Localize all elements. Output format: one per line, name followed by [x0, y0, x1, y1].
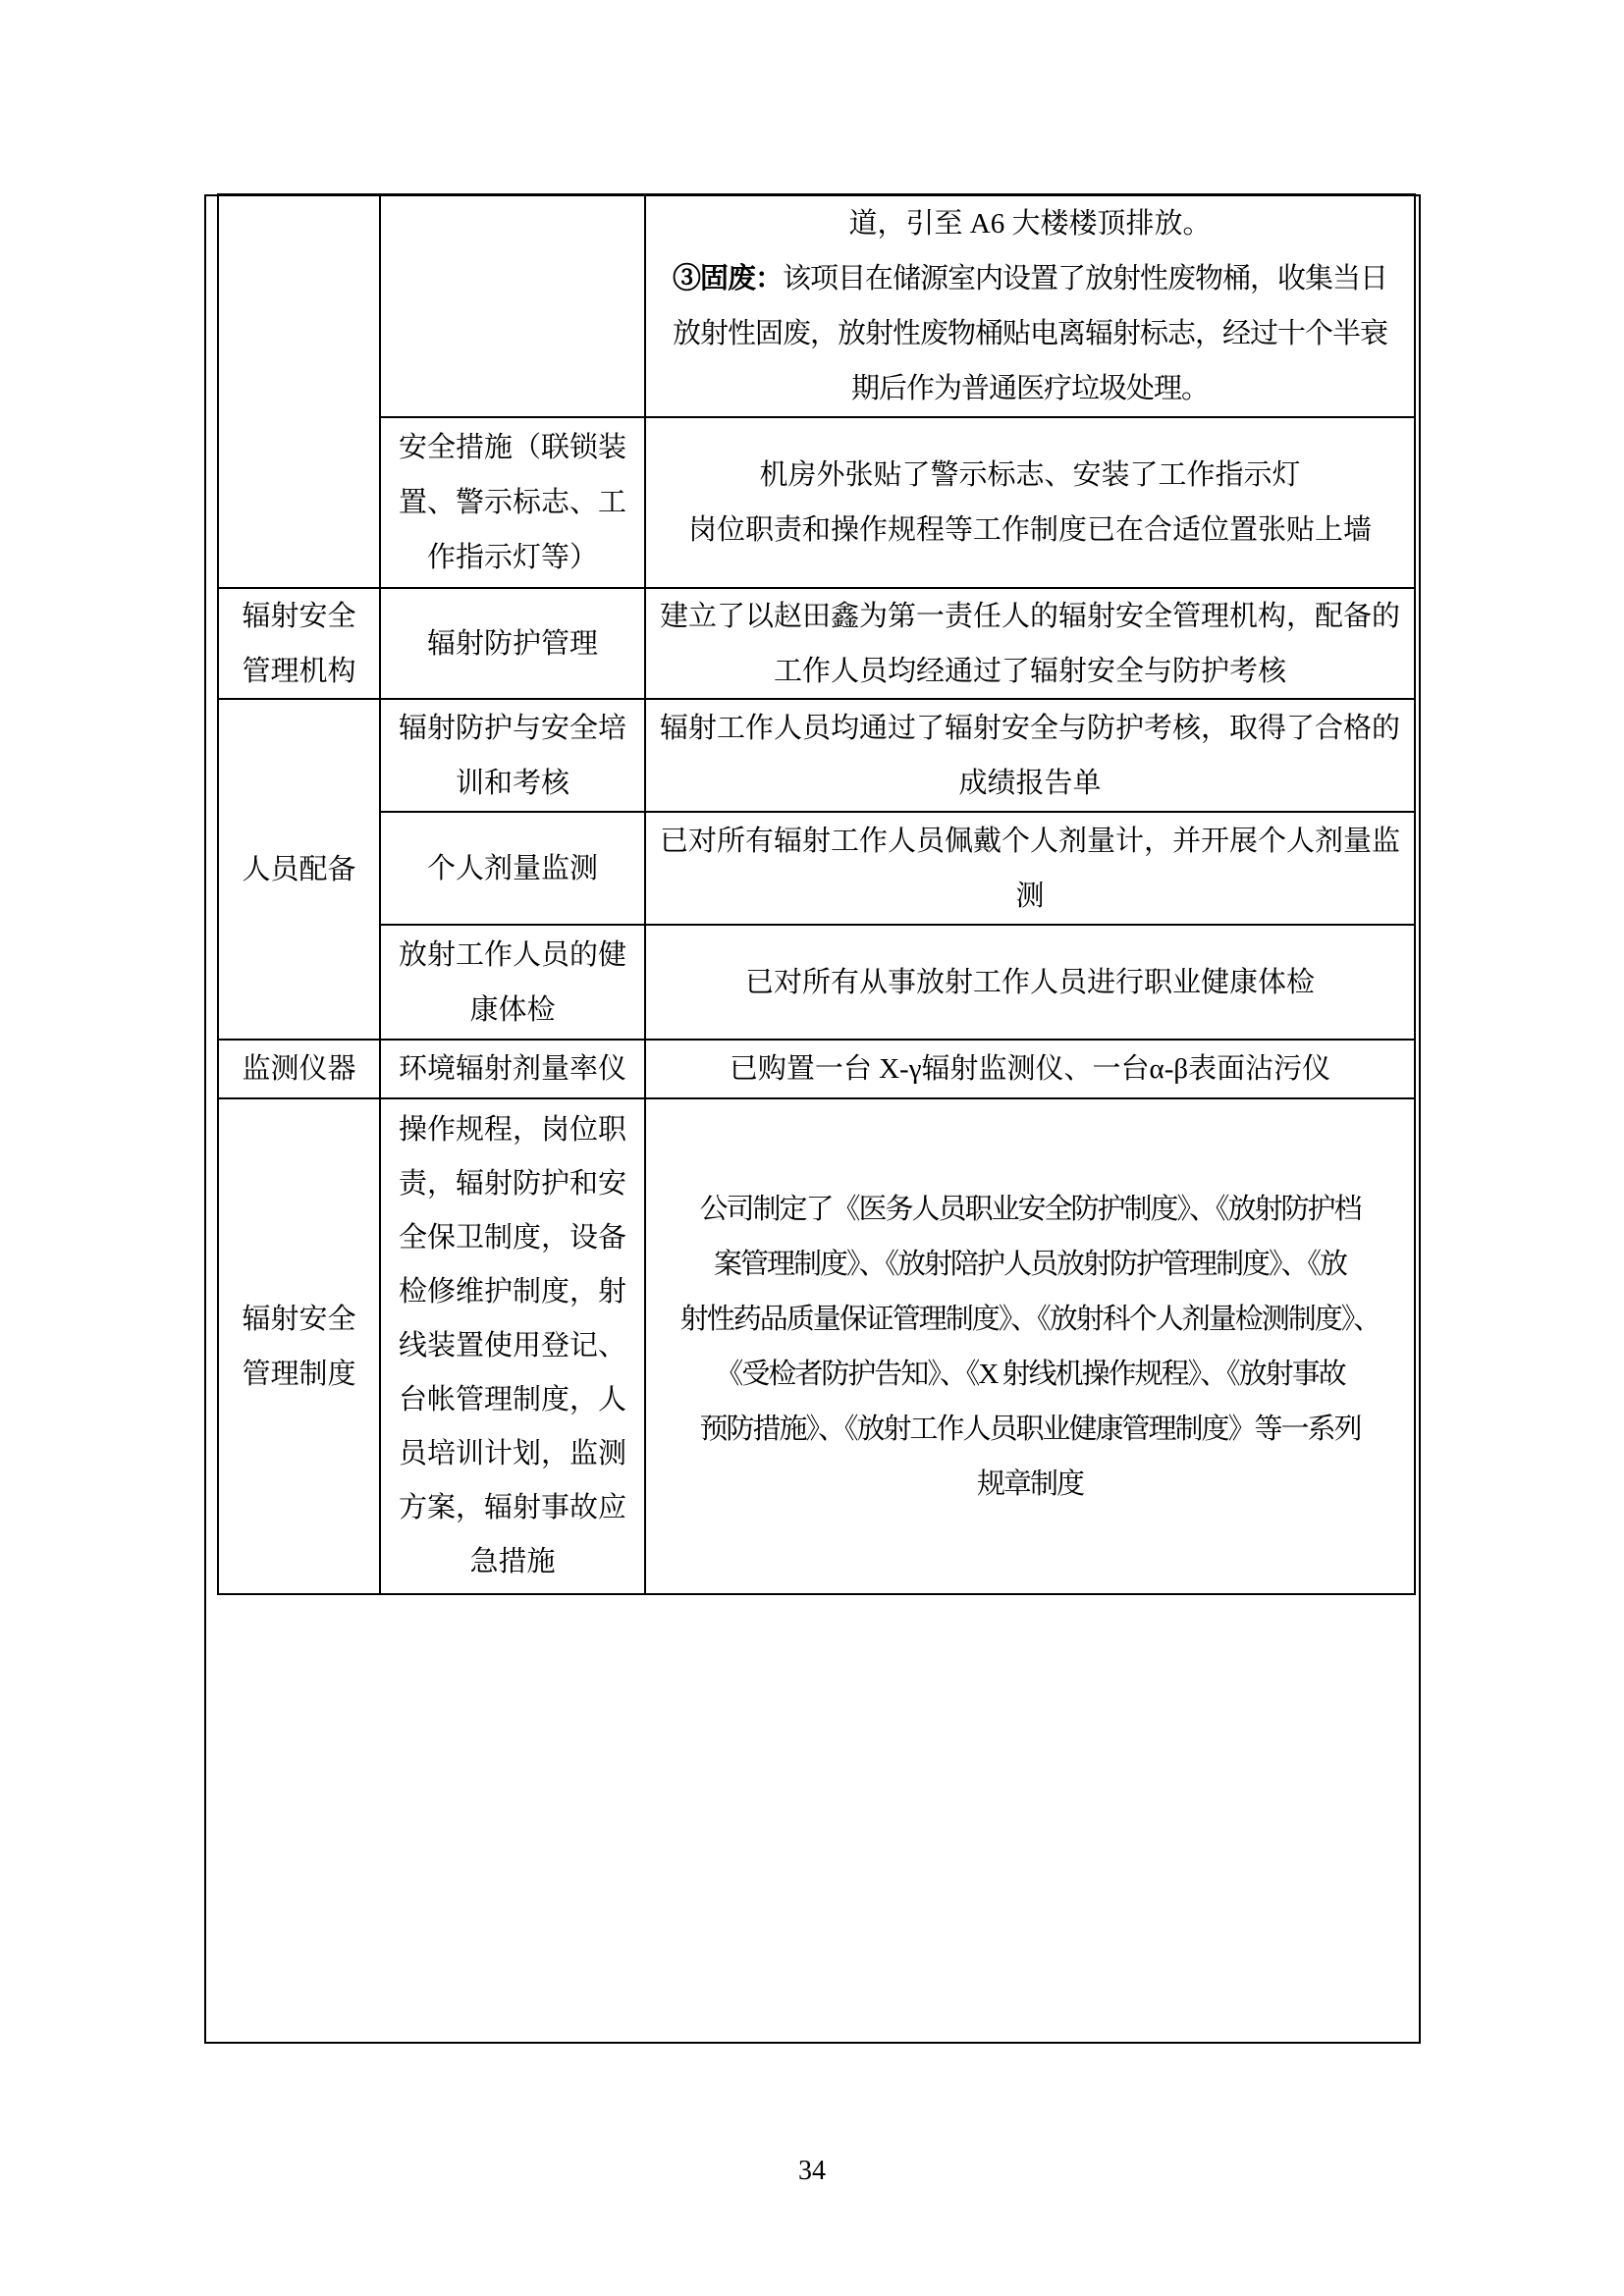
health-check-content-text: 已对所有从事放射工作人员进行职业健康体检 — [745, 955, 1315, 1010]
dose-rate-meter-text: 环境辐射剂量率仪 — [399, 1041, 626, 1096]
table-cell-training-header: 辐射防护与安全培 训和考核 — [381, 700, 646, 813]
table-cell-monitoring-instrument-header: 监测仪器 — [219, 1041, 381, 1099]
regulations-header-text: 辐射安全 管理制度 — [242, 1292, 355, 1402]
solid-waste-paragraph: ③固废：该项目在储源室内设置了放射性废物桶，收集当日 放射性固废，放射性废物桶贴… — [673, 251, 1387, 416]
table-cell-monitoring-instrument-content: 已购置一台 X-γ辐射监测仪、一台α-β表面沾污仪 — [646, 1041, 1414, 1099]
table-cell-col2-continued-empty — [381, 195, 646, 418]
dose-monitoring-content-text: 已对所有辐射工作人员佩戴个人剂量计，并开展个人剂量监 测 — [660, 814, 1400, 924]
page-number: 34 — [0, 2156, 1624, 2187]
table-cell-dose-monitoring-header: 个人剂量监测 — [381, 813, 646, 926]
monitoring-instrument-header-text: 监测仪器 — [242, 1041, 355, 1096]
training-content-text: 辐射工作人员均通过了辐射安全与防护考核，取得了合格的 成绩报告单 — [660, 701, 1400, 811]
table-cell-staffing-header: 人员配备 — [219, 700, 381, 1041]
table-cell-waste-measures-continued: 道，引至 A6 大楼楼顶排放。 ③固废：该项目在储源室内设置了放射性废物桶，收集… — [646, 195, 1414, 418]
dose-monitoring-header-text: 个人剂量监测 — [427, 841, 598, 896]
regulations-list-header-text: 操作规程，岗位职 责，辐射防护和安 全保卫制度，设备 检修维护制度，射 线装置使… — [399, 1103, 626, 1589]
table-cell-protection-management: 辐射防护管理 — [381, 589, 646, 700]
exhaust-duct-line: 道，引至 A6 大楼楼顶排放。 — [849, 196, 1212, 251]
table-cell-col1-continued-empty — [219, 195, 381, 589]
table-cell-regulations-header: 辐射安全 管理制度 — [219, 1099, 381, 1593]
table-cell-health-check-content: 已对所有从事放射工作人员进行职业健康体检 — [646, 926, 1414, 1041]
document-page: 道，引至 A6 大楼楼顶排放。 ③固废：该项目在储源室内设置了放射性废物桶，收集… — [0, 0, 1624, 2296]
staffing-header-text: 人员配备 — [242, 842, 355, 897]
management-org-content-text: 建立了以赵田鑫为第一责任人的辐射安全管理机构，配备的 工作人员均经通过了辐射安全… — [660, 589, 1400, 699]
table-cell-dose-rate-meter: 环境辐射剂量率仪 — [381, 1041, 646, 1099]
table-cell-regulations-list-header: 操作规程，岗位职 责，辐射防护和安 全保卫制度，设备 检修维护制度，射 线装置使… — [381, 1099, 646, 1593]
table-cell-safety-measures-content: 机房外张贴了警示标志、安装了工作指示灯 岗位职责和操作规程等工作制度已在合适位置… — [646, 418, 1414, 589]
management-org-header-text: 辐射安全 管理机构 — [242, 589, 355, 699]
table-cell-safety-measures-header: 安全措施（联锁装 置、警示标志、工 作指示灯等） — [381, 418, 646, 589]
monitoring-instrument-content-text: 已购置一台 X-γ辐射监测仪、一台α-β表面沾污仪 — [730, 1041, 1330, 1096]
table-cell-management-org-content: 建立了以赵田鑫为第一责任人的辐射安全管理机构，配备的 工作人员均经通过了辐射安全… — [646, 589, 1414, 700]
health-check-header-text: 放射工作人员的健 康体检 — [399, 928, 626, 1038]
training-header-text: 辐射防护与安全培 训和考核 — [399, 701, 626, 811]
table-cell-regulations-content: 公司制定了《医务人员职业安全防护制度》、《放射防护档 案管理制度》、《放射陪护人… — [646, 1099, 1414, 1593]
regulations-content-text: 公司制定了《医务人员职业安全防护制度》、《放射防护档 案管理制度》、《放射陪护人… — [680, 1182, 1380, 1512]
solid-waste-label: ③固废： — [673, 263, 783, 294]
table-cell-training-content: 辐射工作人员均通过了辐射安全与防护考核，取得了合格的 成绩报告单 — [646, 700, 1414, 813]
protection-management-text: 辐射防护管理 — [427, 616, 598, 671]
table-cell-dose-monitoring-content: 已对所有辐射工作人员佩戴个人剂量计，并开展个人剂量监 测 — [646, 813, 1414, 926]
safety-measures-header-text: 安全措施（联锁装 置、警示标志、工 作指示灯等） — [399, 420, 626, 585]
table-cell-health-check-header: 放射工作人员的健 康体检 — [381, 926, 646, 1041]
safety-measures-content-text: 机房外张贴了警示标志、安装了工作指示灯 岗位职责和操作规程等工作制度已在合适位置… — [688, 448, 1372, 558]
table-cell-management-org-header: 辐射安全 管理机构 — [219, 589, 381, 700]
radiation-safety-table: 道，引至 A6 大楼楼顶排放。 ③固废：该项目在储源室内设置了放射性废物桶，收集… — [217, 193, 1416, 1595]
